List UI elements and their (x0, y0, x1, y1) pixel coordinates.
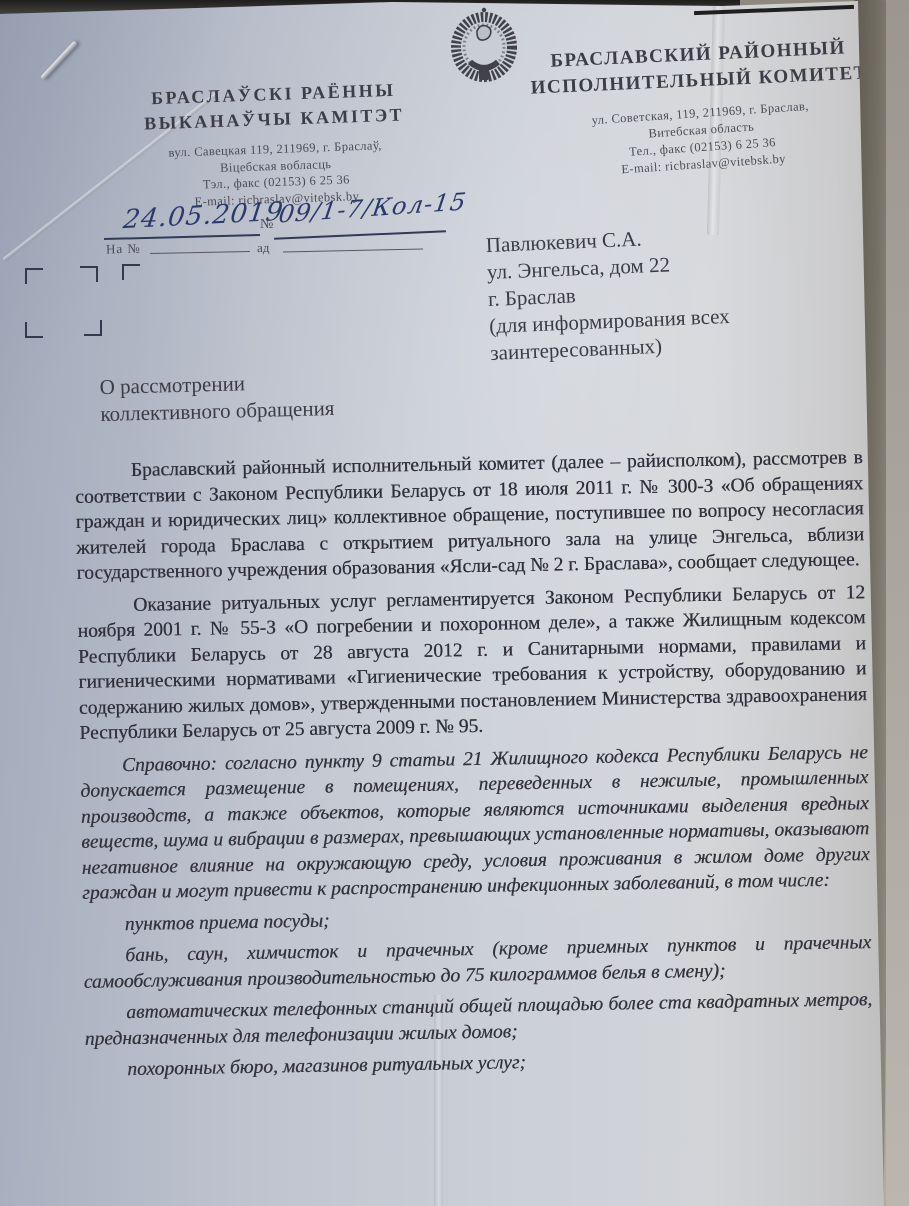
corner-mark (25, 322, 43, 338)
reference-list-item-4: похоронных бюро, магазинов ритуальных ус… (85, 1044, 873, 1083)
subject-line2: коллективного обращения (100, 395, 335, 428)
reply-date-blank-line (283, 249, 423, 253)
number-sign: № (260, 217, 273, 233)
reference-list-item-2: бань, саун, химчисток и прачечных (кроме… (83, 930, 872, 995)
reference-list-item-3: автоматических телефонных станций общей … (84, 987, 873, 1052)
body-paragraph-2: Оказание ритуальных услуг регламентирует… (77, 580, 868, 747)
corner-mark (122, 264, 140, 280)
letterhead-right: БРАСЛАВСКИЙ РАЙОННЫЙ ИСПОЛНИТЕЛЬНЫЙ КОМИ… (515, 34, 886, 181)
reply-number-blank-line (150, 251, 250, 254)
recipient-block: Павлюкевич С.А. ул. Энгельса, дом 22 г. … (485, 222, 731, 367)
corner-mark (25, 268, 43, 284)
belarus-coat-of-arms-icon (444, 4, 524, 88)
reply-from-label: ад (257, 240, 270, 256)
staple-icon (40, 41, 78, 81)
corner-mark (80, 266, 98, 282)
body-paragraph-1: Браславский районный исполнительный коми… (75, 445, 865, 586)
corner-mark (84, 320, 102, 336)
date-underline (104, 234, 260, 240)
reply-to-number-label: На № (106, 241, 141, 258)
letter-subject: О рассмотрении коллективного обращения (99, 368, 334, 428)
reference-intro: Справочно: согласно пункту 9 статьи 21 Ж… (80, 740, 871, 907)
photo-background-right (886, 0, 909, 1206)
ref-number-underline (274, 230, 446, 240)
letter-body: Браславский районный исполнительный коми… (75, 445, 874, 1083)
document-page: БРАСЛАЎСКІ РАЁННЫ ВЫКАНАЎЧЫ КАМІТЭТ вул.… (0, 0, 909, 1206)
